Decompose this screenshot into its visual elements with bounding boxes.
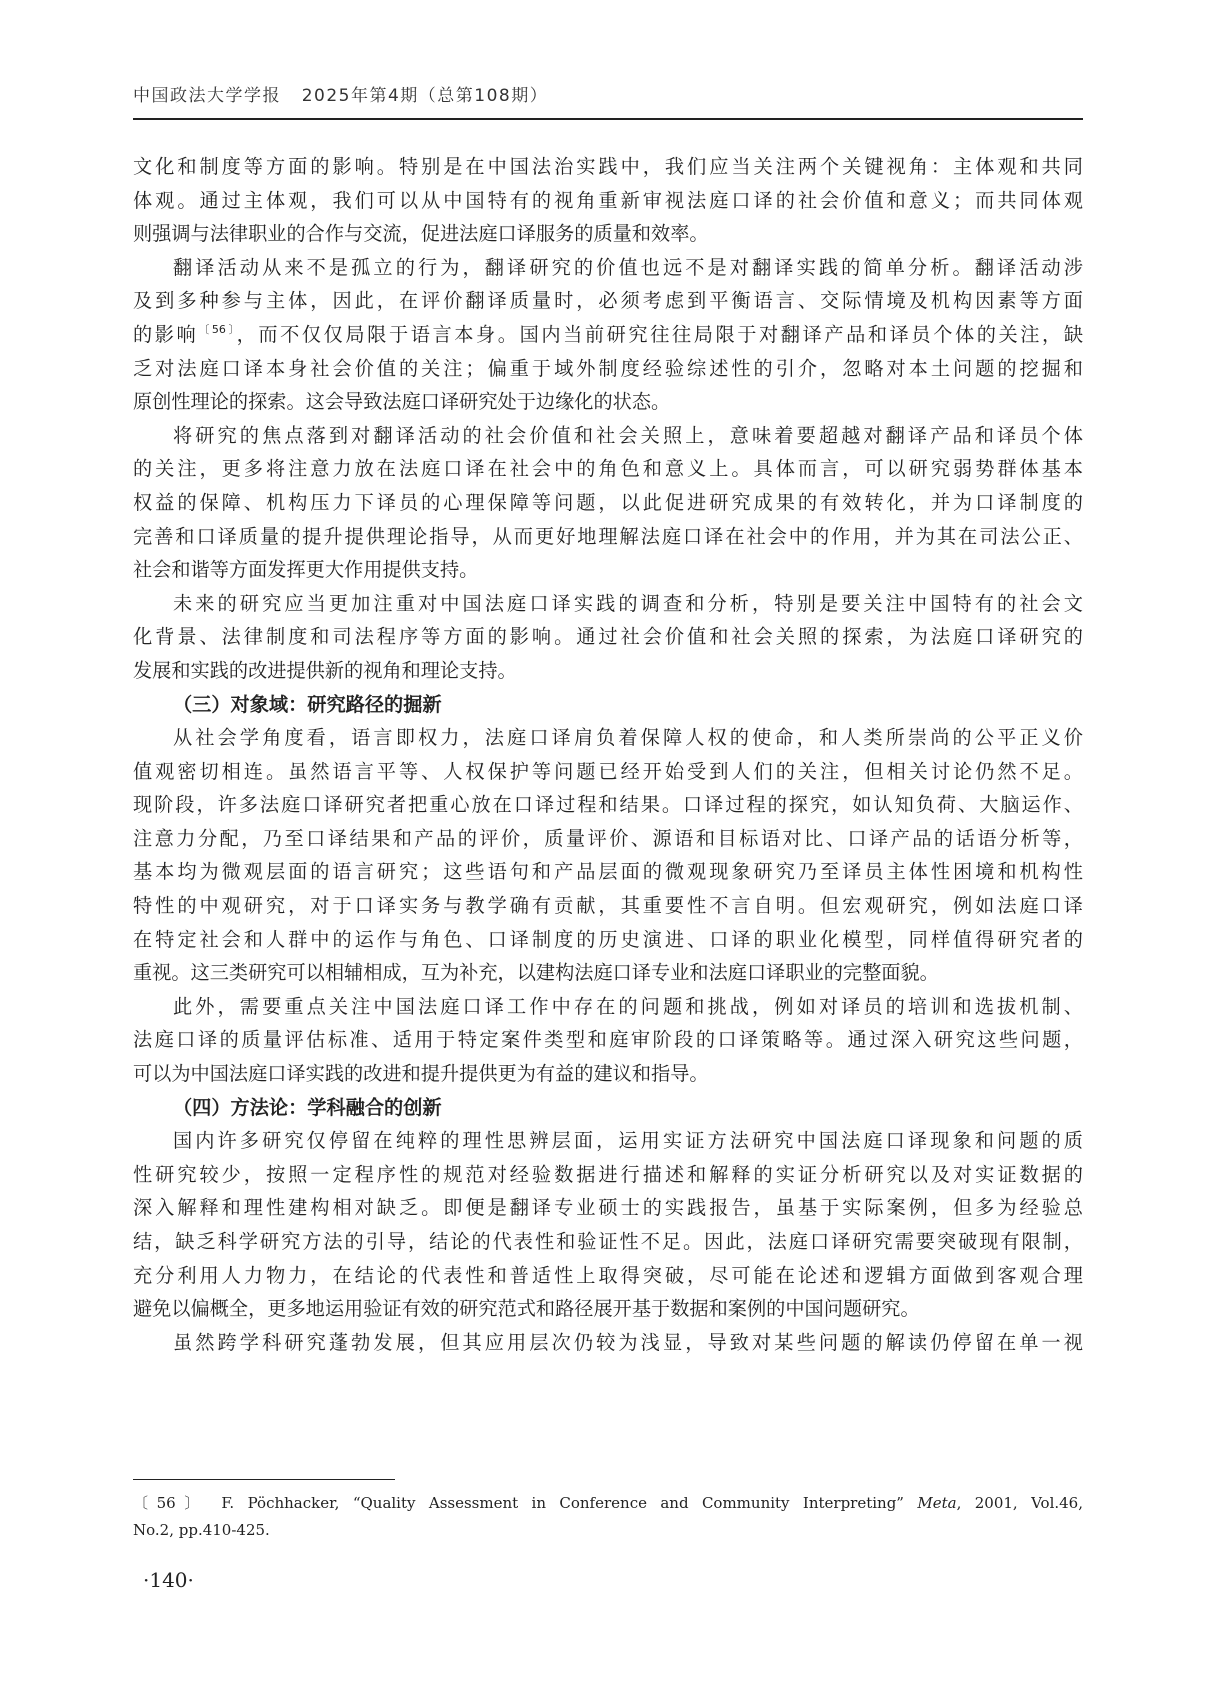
footnote-line: 〔56〕 F. Pöchhacker, “Quality Assessment … <box>133 1490 1083 1517</box>
text-line: 翻译活动从来不是孤立的行为，翻译研究的价值也远不是对翻译实践的简单分析。翻译活动… <box>133 251 1083 285</box>
text-line: 文化和制度等方面的影响。特别是在中国法治实践中，我们应当关注两个关键视角：主体观… <box>133 150 1083 184</box>
footnote-ref-56[interactable]: 〔56〕 <box>198 323 236 336</box>
text-line: 在特定社会和人群中的运作与角色、口译制度的历史演进、口译的职业化模型，同样值得研… <box>133 923 1083 957</box>
text-line: 权益的保障、机构压力下译员的心理保障等问题，以此促进研究成果的有效转化，并为口译… <box>133 486 1083 520</box>
section-heading-3: （三）对象域：研究路径的掘新 <box>133 688 1083 722</box>
text-line: 注意力分配，乃至口译结果和产品的评价，质量评价、源语和目标语对比、口译产品的话语… <box>133 822 1083 856</box>
text-line: 性研究较少，按照一定程序性的规范对经验数据进行描述和解释的实证分析研究以及对实证… <box>133 1158 1083 1192</box>
text-line: 乏对法庭口译本身社会价值的关注；偏重于域外制度经验综述性的引介，忽略对本土问题的… <box>133 352 1083 386</box>
footnote-separator <box>133 1479 395 1480</box>
text-line: 发展和实践的改进提供新的视角和理论支持。 <box>133 654 1083 688</box>
text-line: 可以为中国法庭口译实践的改进和提升提供更为有益的建议和指导。 <box>133 1057 1083 1091</box>
text-line: 的关注，更多将注意力放在法庭口译在社会中的角色和意义上。具体而言，可以研究弱势群… <box>133 452 1083 486</box>
text-line: 从社会学角度看，语言即权力，法庭口译肩负着保障人权的使命，和人类所崇尚的公平正义… <box>133 721 1083 755</box>
text-line: 结，缺乏科学研究方法的引导，结论的代表性和验证性不足。因此，法庭口译研究需要突破… <box>133 1225 1083 1259</box>
text-line: 特性的中观研究，对于口译实务与教学确有贡献，其重要性不言自明。但宏观研究，例如法… <box>133 889 1083 923</box>
paragraph: 从社会学角度看，语言即权力，法庭口译肩负着保障人权的使命，和人类所崇尚的公平正义… <box>133 721 1083 990</box>
text-line: 基本均为微观层面的语言研究；这些语句和产品层面的微观现象研究乃至译员主体性困境和… <box>133 855 1083 889</box>
text-line: 充分利用人力物力，在结论的代表性和普适性上取得突破，尽可能在论述和逻辑方面做到客… <box>133 1259 1083 1293</box>
text-line: 此外，需要重点关注中国法庭口译工作中存在的问题和挑战，例如对译员的培训和选拔机制… <box>133 990 1083 1024</box>
footnote-author: F. Pöchhacker, <box>221 1494 339 1512</box>
footnote-number: 〔56〕 <box>133 1494 208 1512</box>
paragraph: 文化和制度等方面的影响。特别是在中国法治实践中，我们应当关注两个关键视角：主体观… <box>133 150 1083 251</box>
text-line: 社会和谐等方面发挥更大作用提供支持。 <box>133 553 1083 587</box>
article-body: 文化和制度等方面的影响。特别是在中国法治实践中，我们应当关注两个关键视角：主体观… <box>133 150 1083 1359</box>
paragraph: 将研究的焦点落到对翻译活动的社会价值和社会关照上，意味着要超越对翻译产品和译员个… <box>133 419 1083 587</box>
issue-info: 2025年第4期（总第108期） <box>302 86 549 106</box>
journal-name: 中国政法大学学报 <box>133 86 281 106</box>
text-line: 国内许多研究仅停留在纯粹的理性思辨层面，运用实证方法研究中国法庭口译现象和问题的… <box>133 1124 1083 1158</box>
text-line: 化背景、法律制度和司法程序等方面的影响。通过社会价值和社会关照的探索，为法庭口译… <box>133 620 1083 654</box>
text-line: 现阶段，许多法庭口译研究者把重心放在口译过程和结果。口译过程的探究，如认知负荷、… <box>133 788 1083 822</box>
text-line: 避免以偏概全，更多地运用验证有效的研究范式和路径展开基于数据和案例的中国问题研究… <box>133 1292 1083 1326</box>
text-line: 虽然跨学科研究蓬勃发展，但其应用层次仍较为浅显，导致对某些问题的解读仍停留在单一… <box>133 1326 1083 1360</box>
text-line: 未来的研究应当更加注重对中国法庭口译实践的调查和分析，特别是要关注中国特有的社会… <box>133 587 1083 621</box>
text-line: 值观密切相连。虽然语言平等、人权保护等问题已经开始受到人们的关注，但相关讨论仍然… <box>133 755 1083 789</box>
text-line: 则强调与法律职业的合作与交流，促进法庭口译服务的质量和效率。 <box>133 217 1083 251</box>
header-text: 中国政法大学学报 2025年第4期（总第108期） <box>133 84 1083 108</box>
text-line: 法庭口译的质量评估标准、适用于特定案件类型和庭审阶段的口译策略等。通过深入研究这… <box>133 1023 1083 1057</box>
paragraph: 未来的研究应当更加注重对中国法庭口译实践的调查和分析，特别是要关注中国特有的社会… <box>133 587 1083 688</box>
text-line: 体观。通过主体观，我们可以从中国特有的视角重新审视法庭口译的社会价值和意义；而共… <box>133 184 1083 218</box>
paragraph: 国内许多研究仅停留在纯粹的理性思辨层面，运用实证方法研究中国法庭口译现象和问题的… <box>133 1124 1083 1326</box>
header-rule <box>133 118 1083 120</box>
footnote-journal: Meta <box>917 1494 956 1512</box>
text-line: 完善和口译质量的提升提供理论指导，从而更好地理解法庭口译在社会中的作用，并为其在… <box>133 520 1083 554</box>
text-segment: ，而不仅仅局限于语言本身。国内当前研究往往局限于对翻译产品和译员个体的关注，缺 <box>237 323 1083 346</box>
text-line: 及到多种参与主体，因此，在评价翻译质量时，必须考虑到平衡语言、交际情境及机构因素… <box>133 284 1083 318</box>
text-line: 深入解释和理性建构相对缺乏。即便是翻译专业硕士的实践报告，虽基于实际案例，但多为… <box>133 1191 1083 1225</box>
text-segment: 的影响 <box>133 323 198 346</box>
footnote-line: No.2, pp.410-425. <box>133 1517 1083 1544</box>
footnote-title: “Quality Assessment in Conference and Co… <box>353 1494 904 1512</box>
footnote-56: 〔56〕 F. Pöchhacker, “Quality Assessment … <box>133 1490 1083 1544</box>
footnote-details: , 2001, Vol.46, <box>957 1494 1083 1512</box>
paragraph: 此外，需要重点关注中国法庭口译工作中存在的问题和挑战，例如对译员的培训和选拔机制… <box>133 990 1083 1091</box>
running-header: 中国政法大学学报 2025年第4期（总第108期） <box>133 84 1083 108</box>
text-line: 原创性理论的探索。这会导致法庭口译研究处于边缘化的状态。 <box>133 385 1083 419</box>
section-heading-4: （四）方法论：学科融合的创新 <box>133 1091 1083 1125</box>
text-line: 将研究的焦点落到对翻译活动的社会价值和社会关照上，意味着要超越对翻译产品和译员个… <box>133 419 1083 453</box>
paragraph: 虽然跨学科研究蓬勃发展，但其应用层次仍较为浅显，导致对某些问题的解读仍停留在单一… <box>133 1326 1083 1360</box>
text-line-with-footnote: 的影响〔56〕，而不仅仅局限于语言本身。国内当前研究往往局限于对翻译产品和译员个… <box>133 318 1083 352</box>
page-number: ·140· <box>143 1568 194 1592</box>
text-line: 重视。这三类研究可以相辅相成，互为补充，以建构法庭口译专业和法庭口译职业的完整面… <box>133 956 1083 990</box>
paragraph: 翻译活动从来不是孤立的行为，翻译研究的价值也远不是对翻译实践的简单分析。翻译活动… <box>133 251 1083 419</box>
